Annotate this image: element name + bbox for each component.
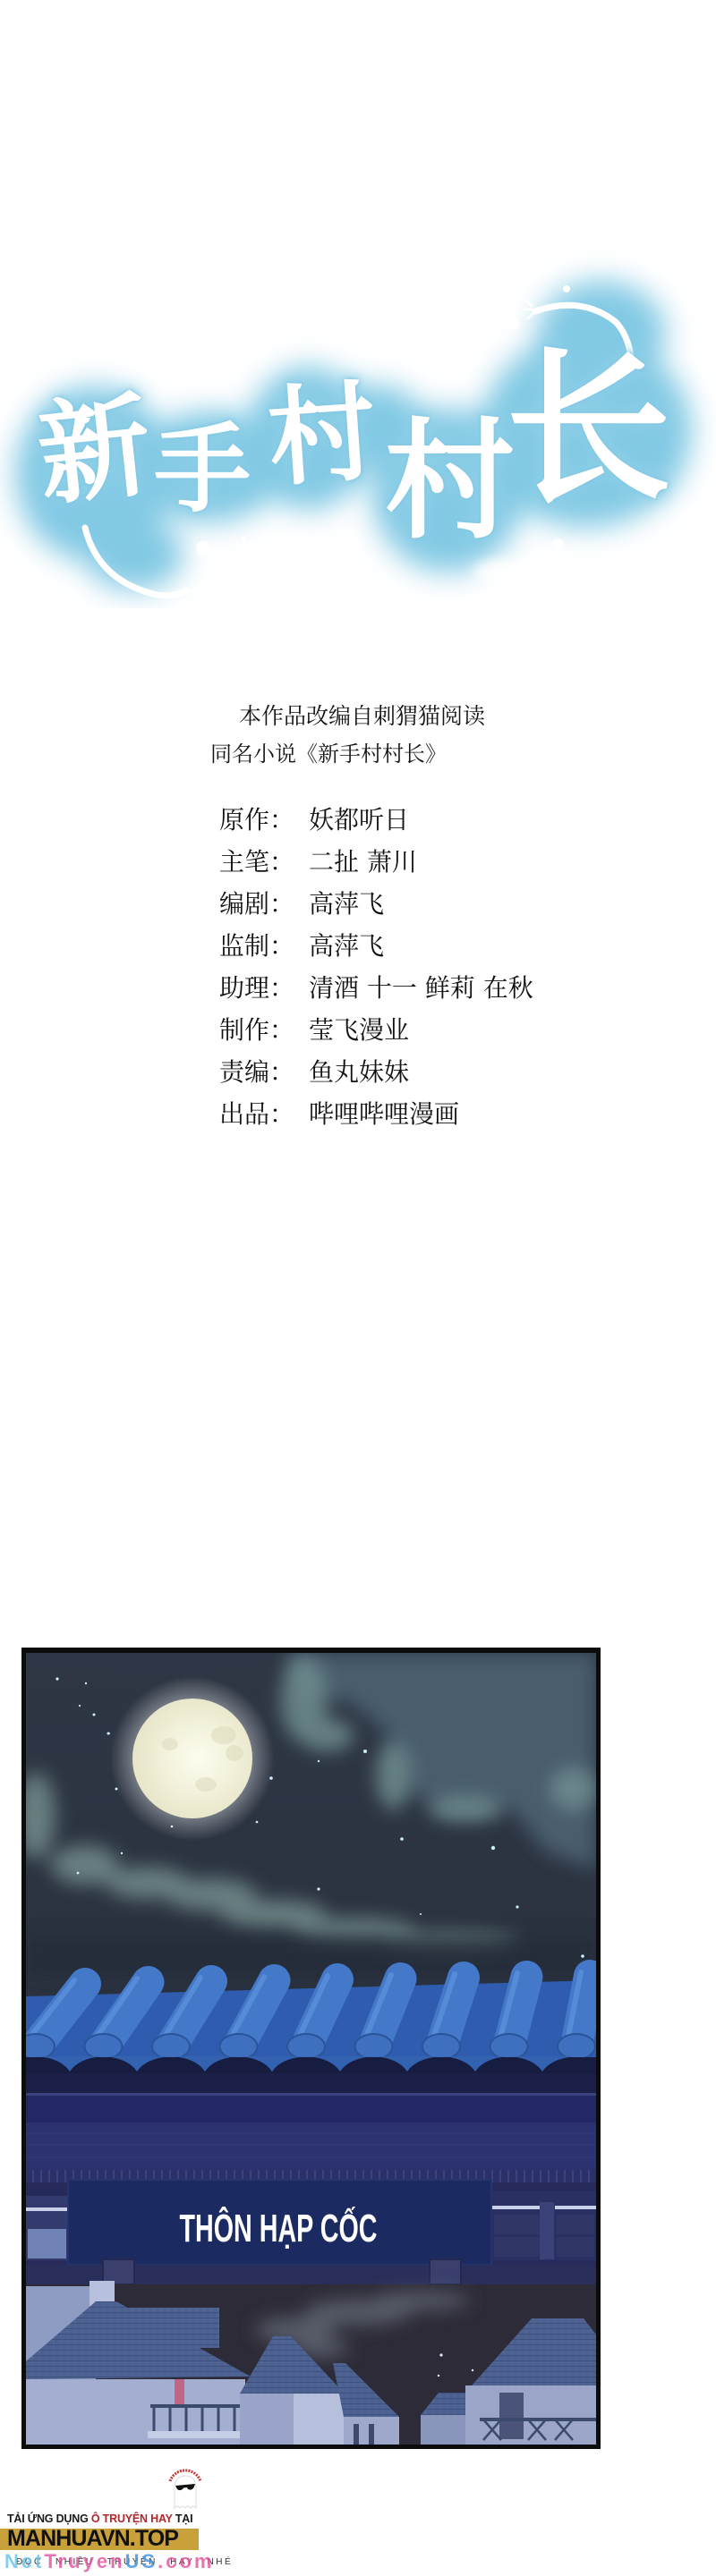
comic-title-logo: 新 手 村 村 长 bbox=[0, 250, 716, 608]
sign-bracket-left bbox=[103, 2259, 134, 2284]
credit-name: 高萍飞 bbox=[309, 932, 384, 961]
village-sign: THÔN HẠP CỐC bbox=[68, 2180, 491, 2265]
credit-role: 原作： bbox=[219, 806, 294, 835]
logo-char-2: 手 bbox=[154, 422, 251, 519]
credit-role: 编剧： bbox=[219, 890, 294, 919]
credit-row-lead-artist: 主笔： 二扯 萧川 bbox=[219, 848, 595, 877]
overlay-site-part: Truyen bbox=[44, 2550, 124, 2572]
promo-suffix: TẠI bbox=[173, 2512, 193, 2525]
credit-name: 妖都听日 bbox=[309, 806, 409, 835]
logo-char-3: 村 bbox=[265, 379, 379, 494]
credit-row-supervisor: 监制： 高萍飞 bbox=[219, 932, 595, 961]
credit-name: 高萍飞 bbox=[309, 890, 384, 919]
credit-name: 鱼丸妹妹 bbox=[309, 1058, 409, 1087]
logo-char-5: 长 bbox=[506, 347, 671, 513]
comic-panel: THÔN HẠP CỐC bbox=[21, 1648, 601, 2449]
adaptation-note: 本作品改编自刺猬猫阅读 bbox=[239, 703, 485, 730]
ghost-mascot-icon bbox=[163, 2462, 208, 2510]
logo-char-4: 村 bbox=[385, 417, 515, 547]
night-village-illustration: THÔN HẠP CỐC bbox=[26, 1653, 596, 2445]
promo-prefix: TẢI ỨNG DỤNG bbox=[7, 2512, 91, 2525]
credit-name: 清酒 十一 鲜莉 在秋 bbox=[309, 974, 533, 1003]
app-promo-text: TẢI ỨNG DỤNG Ô TRUYỆN HAY TẠI bbox=[7, 2512, 192, 2525]
site-name: MANHUAVN.TOP bbox=[7, 2526, 178, 2552]
original-novel-note: 同名小说《新手村村长》 bbox=[210, 741, 447, 767]
overlay-site-part: .com bbox=[158, 2550, 214, 2572]
credit-row-editor: 责编： 鱼丸妹妹 bbox=[219, 1058, 595, 1087]
logo-char-1: 新 bbox=[33, 390, 156, 513]
overlay-site-part: Net bbox=[4, 2550, 44, 2572]
credit-name: 莹飞漫业 bbox=[309, 1016, 409, 1045]
credit-role: 助理： bbox=[219, 974, 294, 1003]
village-sign-text: THÔN HẠP CỐC bbox=[180, 2205, 378, 2250]
credit-role: 出品： bbox=[219, 1100, 294, 1129]
credit-row-original-author: 原作： 妖都听日 bbox=[219, 806, 595, 835]
credit-name: 哔哩哔哩漫画 bbox=[309, 1100, 459, 1129]
credit-row-screenwriter: 编剧： 高萍飞 bbox=[219, 890, 595, 919]
overlay-site-part: US bbox=[125, 2550, 158, 2572]
promo-highlight: Ô TRUYỆN HAY bbox=[91, 2512, 173, 2525]
credit-row-publisher: 出品： 哔哩哔哩漫画 bbox=[219, 1100, 595, 1129]
sign-bracket-right bbox=[430, 2259, 461, 2284]
credit-role: 制作： bbox=[219, 1016, 294, 1045]
credit-row-production: 制作： 莹飞漫业 bbox=[219, 1016, 595, 1045]
overlay-site-watermark: NetTruyenUS.com bbox=[4, 2551, 215, 2572]
credit-name: 二扯 萧川 bbox=[309, 848, 417, 877]
credit-role: 主笔： bbox=[219, 848, 294, 877]
credit-role: 责编： bbox=[219, 1058, 294, 1087]
credit-role: 监制： bbox=[219, 932, 294, 961]
credit-row-assistants: 助理： 清酒 十一 鲜莉 在秋 bbox=[219, 974, 595, 1003]
